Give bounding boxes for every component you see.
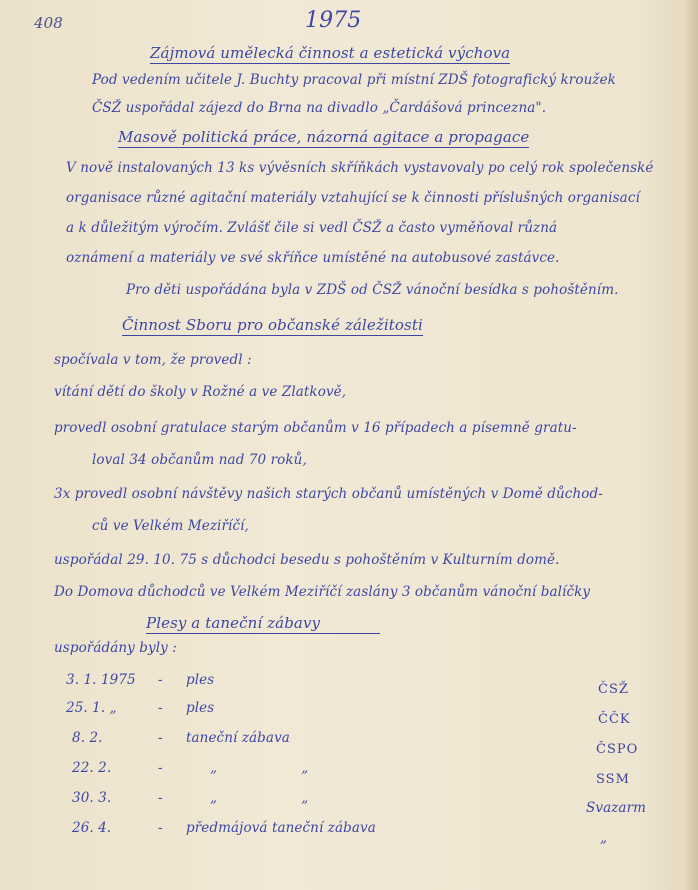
event-date: 3. 1. 1975 <box>66 672 136 688</box>
event-date: 30. 3. <box>72 790 111 806</box>
section-title-art: Zájmová umělecká činnost a estetická výc… <box>150 44 510 64</box>
text-line: V nově instalovaných 13 ks vývěsních skř… <box>66 160 654 176</box>
chronicle-page: 408 1975 Zájmová umělecká činnost a este… <box>0 0 698 890</box>
event-date: 26. 4. <box>72 820 111 836</box>
event-dash: - <box>158 700 163 716</box>
text-line: provedl osobní gratulace starým občanům … <box>54 420 577 436</box>
event-name: předmájová taneční zábava <box>186 820 376 836</box>
event-organizer: ČSŽ <box>598 682 629 697</box>
text-line: Pod vedením učitele J. Buchty pracoval p… <box>92 72 616 88</box>
page-number: 408 <box>34 14 63 32</box>
text-line: spočívala v tom, že provedl : <box>54 352 252 368</box>
text-line: vítání dětí do školy v Rožné a ve Zlatko… <box>54 384 346 400</box>
section-title-civic: Činnost Sboru pro občanské záležitosti <box>122 316 423 336</box>
text-line: ČSŽ uspořádal zájezd do Brna na divadlo … <box>92 100 546 116</box>
text-line: ců ve Velkém Meziříčí, <box>92 518 249 534</box>
section-title-dances: Plesy a taneční zábavy <box>146 614 380 634</box>
event-name: taneční zábava <box>186 730 290 746</box>
text-line: loval 34 občanům nad 70 roků, <box>92 452 307 468</box>
event-dash: - <box>158 820 163 836</box>
event-organizer: SSM <box>596 772 630 787</box>
intro-line: uspořádány byly : <box>54 640 177 656</box>
text-line: Do Domova důchodců ve Velkém Meziříčí za… <box>54 584 590 600</box>
event-name: „ „ <box>210 790 348 806</box>
event-organizer: ČČK <box>598 712 631 727</box>
event-name: ples <box>186 672 214 688</box>
section-title-politics: Masově politická práce, názorná agitace … <box>118 128 529 148</box>
event-dash: - <box>158 730 163 746</box>
event-date: 22. 2. <box>72 760 111 776</box>
event-organizer: „ <box>600 830 607 846</box>
text-line: oznámení a materiály ve své skříňce umís… <box>66 250 560 266</box>
event-organizer: Svazarm <box>586 800 646 816</box>
text-line: Pro děti uspořádána byla v ZDŠ od ČSŽ vá… <box>126 282 619 298</box>
text-line: 3x provedl osobní návštěvy našich starýc… <box>54 486 603 502</box>
text-line: organisace různé agitační materiály vzta… <box>66 190 640 206</box>
text-line: a k důležitým výročím. Zvlášť čile si ve… <box>66 220 557 236</box>
event-date: 8. 2. <box>72 730 103 746</box>
event-dash: - <box>158 790 163 806</box>
event-dash: - <box>158 672 163 688</box>
text-line: uspořádal 29. 10. 75 s důchodci besedu s… <box>54 552 560 568</box>
event-dash: - <box>158 760 163 776</box>
event-date: 25. 1. „ <box>66 700 117 716</box>
event-organizer: ČSPO <box>596 742 638 757</box>
event-name: „ „ <box>210 760 348 776</box>
year-heading: 1975 <box>305 8 361 33</box>
event-name: ples <box>186 700 214 716</box>
